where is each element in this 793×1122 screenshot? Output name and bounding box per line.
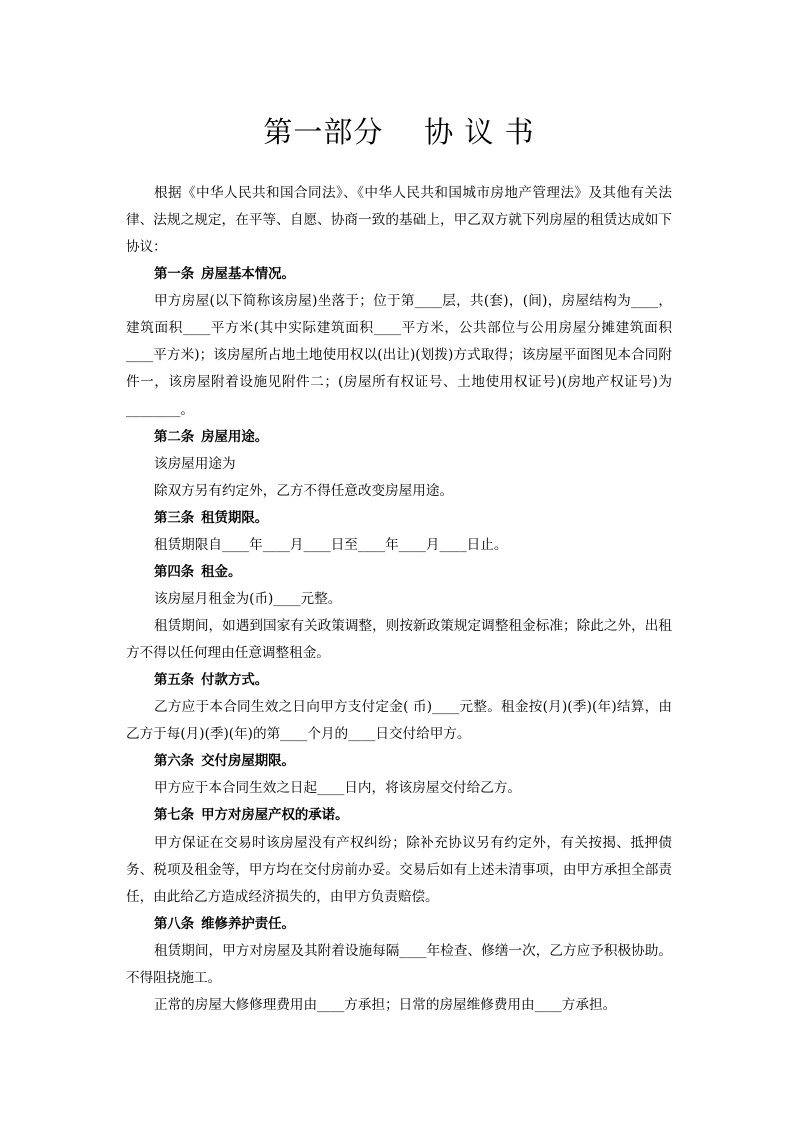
document-body: 根据《中华人民共和国合同法》、《中华人民共和国城市房地产管理法》及其他有关法律、… (126, 180, 672, 1019)
article-7: 第七条甲方对房屋产权的承诺。 甲方保证在交易时该房屋没有产权纠纷；除补充协议另有… (126, 802, 672, 910)
article-5: 第五条付款方式。 乙方应于本合同生效之日向甲方支付定金( 币)____元整。租金… (126, 667, 672, 748)
article-title: 房屋基本情况。 (201, 267, 295, 282)
article-title: 交付房屋期限。 (201, 754, 295, 769)
article-paragraph: 该房屋月租金为(币)____元整。 (126, 586, 672, 613)
article-paragraph: 除双方另有约定外，乙方不得任意改变房屋用途。 (126, 478, 672, 505)
article-paragraph: 租赁期限自____年____月____日至____年____月____日止。 (126, 532, 672, 559)
article-1: 第一条房屋基本情况。 甲方房屋(以下简称该房屋)坐落于；位于第____层，共(套… (126, 261, 672, 423)
article-paragraph: 甲方保证在交易时该房屋没有产权纠纷；除补充协议另有约定外，有关按揭、抵押债务、税… (126, 830, 672, 911)
article-number: 第二条 (154, 430, 194, 445)
article-paragraph: 乙方应于本合同生效之日向甲方支付定金( 币)____元整。租金按(月)(季)(年… (126, 694, 672, 748)
article-heading: 第三条租赁期限。 (126, 505, 672, 532)
intro-paragraph: 根据《中华人民共和国合同法》、《中华人民共和国城市房地产管理法》及其他有关法律、… (126, 180, 672, 261)
article-paragraph: 租赁期间，如遇到国家有关政策调整，则按新政策规定调整租金标准；除此之外，出租方不… (126, 613, 672, 667)
article-number: 第四条 (154, 565, 194, 580)
article-number: 第七条 (154, 808, 194, 823)
article-paragraph: 甲方房屋(以下简称该房屋)坐落于；位于第____层，共(套)，(间)，房屋结构为… (126, 288, 672, 423)
article-paragraph: 正常的房屋大修修理费用由____方承担；日常的房屋维修费用由____方承担。 (126, 992, 672, 1019)
document-title: 第一部分 协 议 书 (126, 110, 672, 154)
article-heading: 第一条房屋基本情况。 (126, 261, 672, 288)
article-number: 第三条 (154, 511, 194, 526)
article-heading: 第四条租金。 (126, 559, 672, 586)
article-2: 第二条房屋用途。 该房屋用途为 除双方另有约定外，乙方不得任意改变房屋用途。 (126, 424, 672, 505)
article-heading: 第七条甲方对房屋产权的承诺。 (126, 802, 672, 829)
article-title: 房屋用途。 (201, 430, 268, 445)
article-heading: 第五条付款方式。 (126, 667, 672, 694)
article-number: 第八条 (154, 917, 194, 932)
article-4: 第四条租金。 该房屋月租金为(币)____元整。 租赁期间，如遇到国家有关政策调… (126, 559, 672, 667)
article-number: 第一条 (154, 267, 194, 282)
article-heading: 第六条交付房屋期限。 (126, 748, 672, 775)
article-paragraph: 租赁期间，甲方对房屋及其附着设施每隔____年检查、修缮一次，乙方应予积极协助。… (126, 938, 672, 992)
article-paragraph: 甲方应于本合同生效之日起____日内，将该房屋交付给乙方。 (126, 775, 672, 802)
article-3: 第三条租赁期限。 租赁期限自____年____月____日至____年____月… (126, 505, 672, 559)
article-paragraph: 该房屋用途为 (126, 451, 672, 478)
article-heading: 第二条房屋用途。 (126, 424, 672, 451)
article-heading: 第八条维修养护责任。 (126, 911, 672, 938)
article-title: 甲方对房屋产权的承诺。 (201, 808, 348, 823)
article-6: 第六条交付房屋期限。 甲方应于本合同生效之日起____日内，将该房屋交付给乙方。 (126, 748, 672, 802)
article-title: 租金。 (201, 565, 241, 580)
article-number: 第六条 (154, 754, 194, 769)
article-title: 付款方式。 (201, 673, 268, 688)
article-title: 维修养护责任。 (201, 917, 295, 932)
article-number: 第五条 (154, 673, 194, 688)
article-title: 租赁期限。 (201, 511, 268, 526)
article-8: 第八条维修养护责任。 租赁期间，甲方对房屋及其附着设施每隔____年检查、修缮一… (126, 911, 672, 1019)
